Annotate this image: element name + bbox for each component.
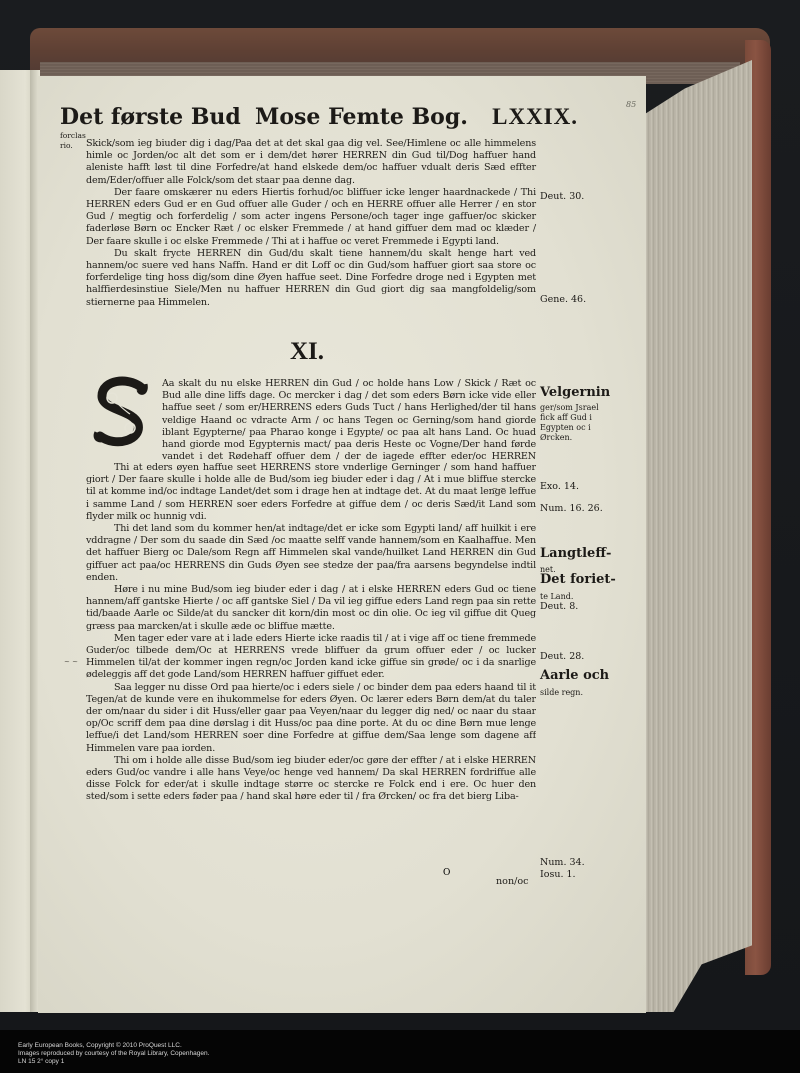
paragraph: Høre i nu mine Bud/som ieg biuder eder i… [86,584,536,633]
side-note-text: Deut. 28. [540,651,584,662]
text-block-chapter-11-intro: Aa skalt du nu elske HERREN din Gud / oc… [162,378,536,462]
paragraph: Thi at eders øyen haffue seet HERRENS st… [86,462,536,523]
folio-number: LXXIX. [492,104,578,130]
footer-line: Early European Books, Copyright © 2010 P… [18,1042,182,1050]
paragraph: Aa skalt du nu elske HERREN din Gud / oc… [162,378,536,462]
side-note: Deut. 8. [540,594,640,613]
signature-mark: O [443,868,450,878]
side-note: Deut. 30. [540,184,640,203]
left-margin-note-line: forclas [60,131,86,141]
footer-line: Images reproduced by courtesy of the Roy… [18,1050,209,1058]
copyright-footer: Early European Books, Copyright © 2010 P… [0,1030,800,1073]
side-note: Deut. 28. [540,644,640,663]
handwritten-annotation: ~ ~ [64,658,78,666]
side-note: Gene. 46. [540,287,640,306]
side-note-text: silde regn. [540,688,583,697]
paragraph: Du skalt frycte HERREN din Gud/du skalt … [86,248,536,309]
left-margin-note: forclas rio. [60,131,86,151]
side-note-text: Gene. 46. [540,294,586,305]
footer-line: LN 15 2° copy 1 [18,1058,64,1066]
side-note: Exo. 14. [540,474,640,493]
page-block-fore-edge [640,60,752,1012]
chapter-heading: XI. [290,338,324,366]
side-note-text: Num. 16. 26. [540,503,603,514]
text-block-chapter-11: Thi at eders øyen haffue seet HERRENS st… [86,462,536,867]
paragraph: Saa legger nu disse Ord paa hierte/oc i … [86,682,536,755]
side-note-text: Ørcken. [540,433,572,442]
running-header: Det første Bud Mose Femte Bog. LXXIX. [60,104,570,134]
paragraph: Skick/som ieg biuder dig i dag/Paa det a… [86,138,536,187]
catchword: non/oc [496,876,529,887]
handwritten-annotation: ~ ~ [492,485,506,493]
left-margin-note-line: rio. [60,141,86,151]
running-title-left: Det første Bud [60,104,241,130]
text-block-chapter-10: Skick/som ieg biuder dig i dag/Paa det a… [86,138,536,309]
side-note-text: Deut. 8. [540,601,578,612]
side-note-text: Deut. 30. [540,191,584,202]
side-note: Iosu. 1. [540,862,640,881]
side-note: Ørcken. [540,425,640,444]
decorated-initial-icon [88,374,160,452]
running-title-center: Mose Femte Bog. [255,104,468,130]
paragraph: Thi om i holde alle disse Bud/som ieg bi… [86,755,536,804]
paragraph: Thi det land som du kommer hen/at indtag… [86,523,536,584]
paragraph: Der faare omskærer nu eders Hiertis forh… [86,187,536,248]
side-note: Num. 16. 26. [540,496,640,515]
side-note: silde regn. [540,680,640,699]
side-note-text: Exo. 14. [540,481,579,492]
handwritten-page-number: 85 [626,100,636,109]
paragraph: Men tager eder vare at i lade eders Hier… [86,633,536,682]
side-note-text: Iosu. 1. [540,869,576,880]
